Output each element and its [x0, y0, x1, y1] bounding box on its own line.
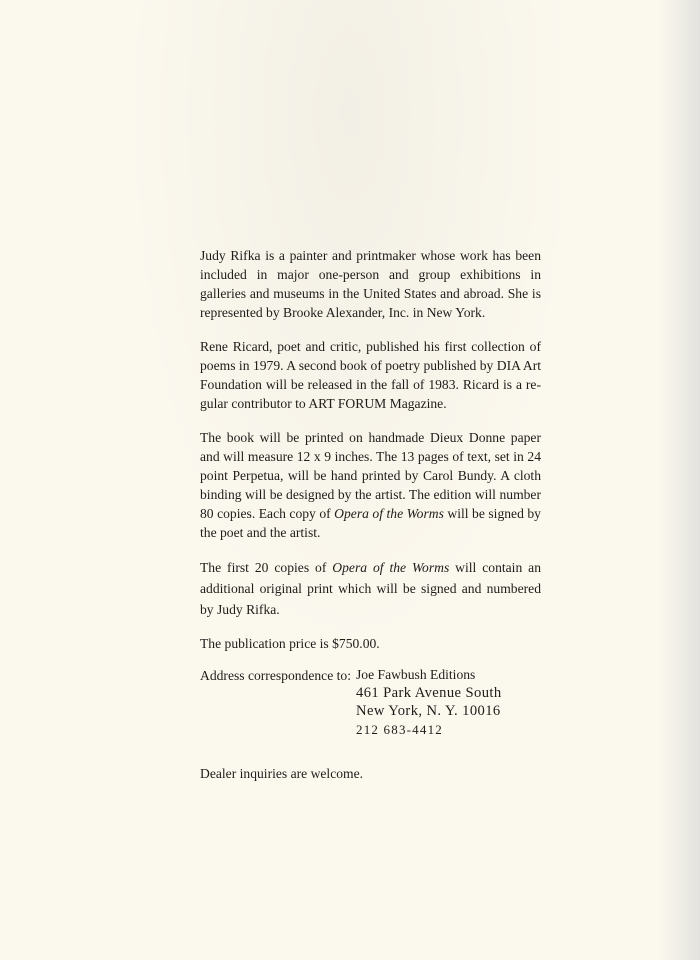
phone-number: 212 683-4412: [356, 721, 502, 739]
poet-bio-paragraph: Rene Ricard, poet and critic, published …: [200, 337, 541, 413]
city-state-zip: New York, N. Y. 10016: [356, 702, 502, 720]
dealer-inquiries-note: Dealer inquiries are welcome.: [200, 764, 541, 783]
artist-bio-paragraph: Judy Rifka is a painter and printmaker w…: [200, 246, 541, 322]
correspondence-address: Address correspondence to: Joe Fawbush E…: [200, 666, 541, 739]
special-edition-book-title: Opera of the Worms: [332, 560, 449, 575]
book-specification-paragraph: The book will be printed on handmade Die…: [200, 428, 541, 542]
special-edition-intro: The first 20 copies of: [200, 560, 332, 575]
special-edition-paragraph: The first 20 copies of Opera of the Worm…: [200, 557, 541, 620]
publisher-name: Joe Fawbush Editions: [356, 666, 502, 684]
address-lines: Joe Fawbush Editions 461 Park Avenue Sou…: [356, 666, 502, 739]
publication-price: The publication price is $750.00.: [200, 634, 541, 653]
street-address: 461 Park Avenue South: [356, 684, 502, 702]
address-label: Address correspondence to:: [200, 666, 356, 739]
book-title: Opera of the Worms: [334, 506, 444, 521]
document-body: Judy Rifka is a painter and printmaker w…: [200, 246, 541, 783]
